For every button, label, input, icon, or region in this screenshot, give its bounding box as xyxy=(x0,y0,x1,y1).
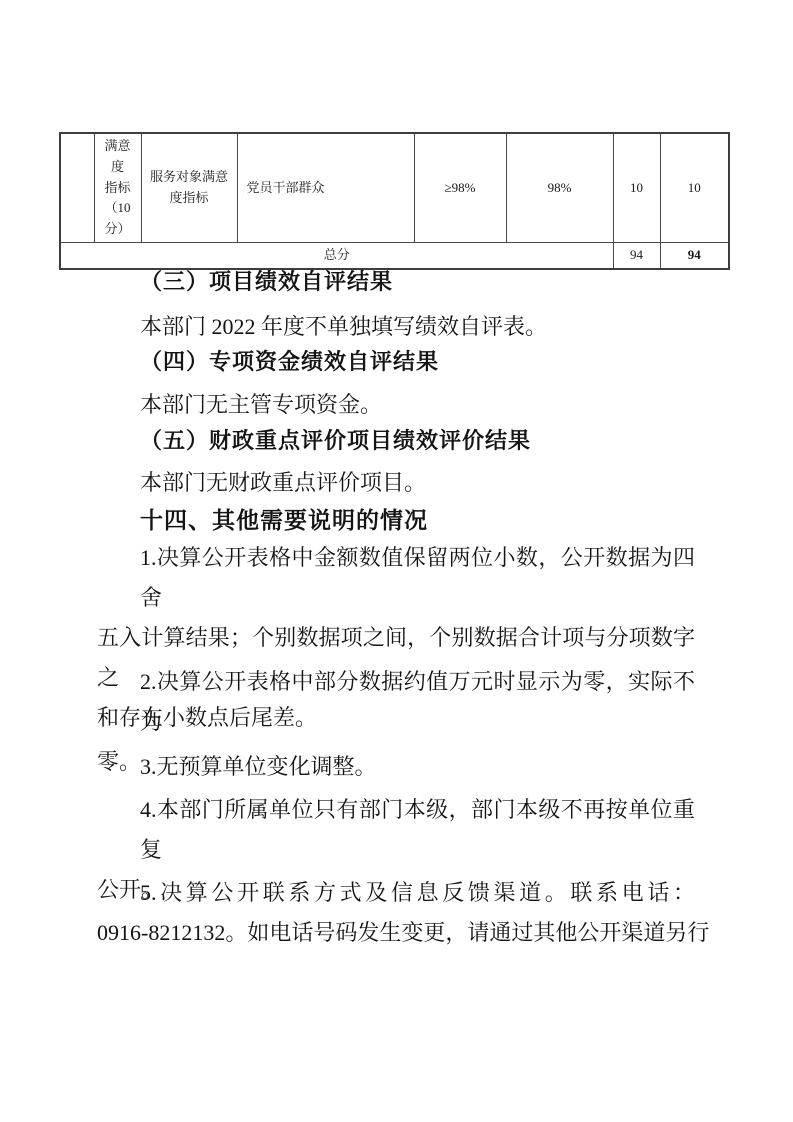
cell-category-empty xyxy=(60,133,94,242)
para-key-eval-result: 本部门无财政重点评价项目。 xyxy=(97,463,695,503)
para-note-5: 5.决算公开联系方式及信息反馈渠道。联系电话： 0916-8212132。如电话… xyxy=(97,873,695,953)
para-note-3: 3.无预算单位变化调整。 xyxy=(97,747,695,787)
cell-indicator-name: 党员干部群众 xyxy=(237,133,414,242)
heading-key-eval-result: （五）财政重点评价项目绩效评价结果 xyxy=(97,421,695,461)
para-special-fund-result: 本部门无主管专项资金。 xyxy=(97,385,695,425)
cell-score-value: 10 xyxy=(660,133,729,242)
heading-self-eval-result: （三）项目绩效自评结果 xyxy=(97,262,695,302)
cell-indicator-type: 服务对象满意 度指标 xyxy=(141,133,237,242)
document-page: 满意 度 指标 （10 分） 服务对象满意 度指标 党员干部群众 ≥98% 98… xyxy=(0,0,793,1122)
heading-special-fund-result: （四）专项资金绩效自评结果 xyxy=(97,342,695,382)
cell-score-weight: 10 xyxy=(613,133,660,242)
heading-other-notes: 十四、其他需要说明的情况 xyxy=(97,500,695,540)
cell-target-value: ≥98% xyxy=(414,133,506,242)
para-self-eval-result: 本部门 2022 年度不单独填写绩效自评表。 xyxy=(97,307,695,347)
cell-actual-value: 98% xyxy=(506,133,613,242)
table-row-satisfaction: 满意 度 指标 （10 分） 服务对象满意 度指标 党员干部群众 ≥98% 98… xyxy=(60,133,729,242)
performance-score-table: 满意 度 指标 （10 分） 服务对象满意 度指标 党员干部群众 ≥98% 98… xyxy=(59,132,730,270)
cell-indicator-group: 满意 度 指标 （10 分） xyxy=(94,133,141,242)
